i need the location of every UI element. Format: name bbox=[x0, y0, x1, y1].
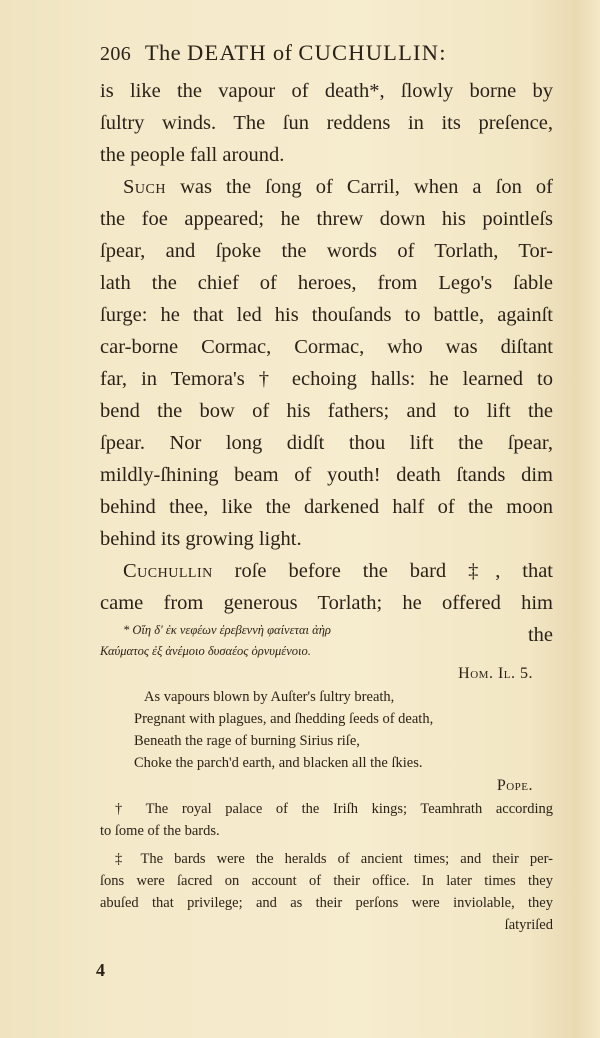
verse-attribution: Pope. bbox=[100, 774, 553, 798]
text-line: ſpear, and ſpoke the words of Torlath, T… bbox=[100, 235, 553, 267]
verse-line: Choke the parch'd earth, and blacken all… bbox=[100, 752, 553, 774]
text-line: lath the chief of heroes, from Lego's ſa… bbox=[100, 267, 553, 299]
text-line: ſpear. Nor long didſt thou lift the ſpea… bbox=[100, 427, 553, 459]
text-line: mildly-ſhining beam of youth! death ſtan… bbox=[100, 459, 553, 491]
verse-line: Beneath the rage of burning Sirius riſe, bbox=[100, 730, 553, 752]
text-line: ſurge: he that led his thouſands to batt… bbox=[100, 299, 553, 331]
verse-translation: As vapours blown by Auſter's ſultry brea… bbox=[100, 686, 553, 774]
text-line: behind thee, like the darkened half of t… bbox=[100, 491, 553, 523]
page-number: 206 bbox=[100, 43, 131, 65]
text-line: the people fall around. bbox=[100, 139, 553, 171]
text-line: is like the vapour of death*, ſlowly bor… bbox=[100, 75, 553, 107]
paragraph-opening: Cuchullin roſe before the bard ‡, that bbox=[100, 555, 553, 587]
footnote-line: ſons were ſacred on account of their off… bbox=[100, 870, 553, 892]
title-of: of bbox=[273, 40, 293, 65]
title-pre: The bbox=[145, 40, 181, 65]
footnote-catchword: ſatyriſed bbox=[100, 914, 553, 936]
text-line: bend the bow of his fathers; and to lift… bbox=[100, 395, 553, 427]
text-line: came from generous Torlath; he offered h… bbox=[100, 587, 553, 619]
title-main: DEATH bbox=[187, 40, 267, 65]
text-fragment: roſe before the bard ‡, that bbox=[213, 560, 553, 582]
text-fragment: was the ſong of Carril, when a ſon of bbox=[166, 176, 553, 198]
text-line: car-borne Cormac, Cormac, who was diſtan… bbox=[100, 331, 553, 363]
footnote-dagger: † The royal palace of the Iriſh kings; T… bbox=[100, 798, 553, 842]
footnote-line: † The royal palace of the Iriſh kings; T… bbox=[100, 798, 553, 820]
text-line: ſultry winds. The ſun reddens in its pre… bbox=[100, 107, 553, 139]
text-line: the foe appeared; he threw down his poin… bbox=[100, 203, 553, 235]
footnote-line: ‡ The bards were the heralds of ancient … bbox=[100, 848, 553, 870]
footnotes: * Οἵη δ' ἐκ νεφέων ἐρεβεννὴ φαίνεται ἀὴρ… bbox=[100, 620, 553, 936]
paragraph-lead-word: Cuchullin bbox=[123, 560, 213, 582]
main-text: is like the vapour of death*, ſlowly bor… bbox=[100, 75, 553, 651]
footnote-line: to ſome of the bards. bbox=[100, 820, 553, 842]
paragraph-opening: Such was the ſong of Carril, when a ſon … bbox=[100, 171, 553, 203]
greek-quote-line: * Οἵη δ' ἐκ νεφέων ἐρεβεννὴ φαίνεται ἀὴρ bbox=[100, 620, 553, 641]
title-punct: : bbox=[439, 40, 446, 65]
paragraph-lead-word: Such bbox=[123, 176, 166, 198]
footnote-line: abuſed that privilege; and as their perſ… bbox=[100, 892, 553, 914]
greek-attribution: Hom. Il. 5. bbox=[100, 662, 553, 686]
footnote-double-dagger: ‡ The bards were the heralds of ancient … bbox=[100, 848, 553, 936]
verse-line: As vapours blown by Auſter's ſultry brea… bbox=[100, 686, 553, 708]
book-page: 206 The DEATH of CUCHULLIN: is like the … bbox=[0, 0, 600, 1038]
signature-mark: 4 bbox=[96, 960, 105, 981]
greek-quote-line: Καύματος ἐξ ἀνέμοιο δυσαέος ὀρνυμένοιο. bbox=[100, 641, 553, 662]
title-name: CUCHULLIN bbox=[298, 40, 439, 65]
running-head: 206 The DEATH of CUCHULLIN: bbox=[100, 40, 520, 66]
text-line: far, in Temora's † echoing halls: he lea… bbox=[100, 363, 553, 395]
verse-line: Pregnant with plagues, and ſhedding ſeed… bbox=[100, 708, 553, 730]
text-line: behind its growing light. bbox=[100, 523, 553, 555]
